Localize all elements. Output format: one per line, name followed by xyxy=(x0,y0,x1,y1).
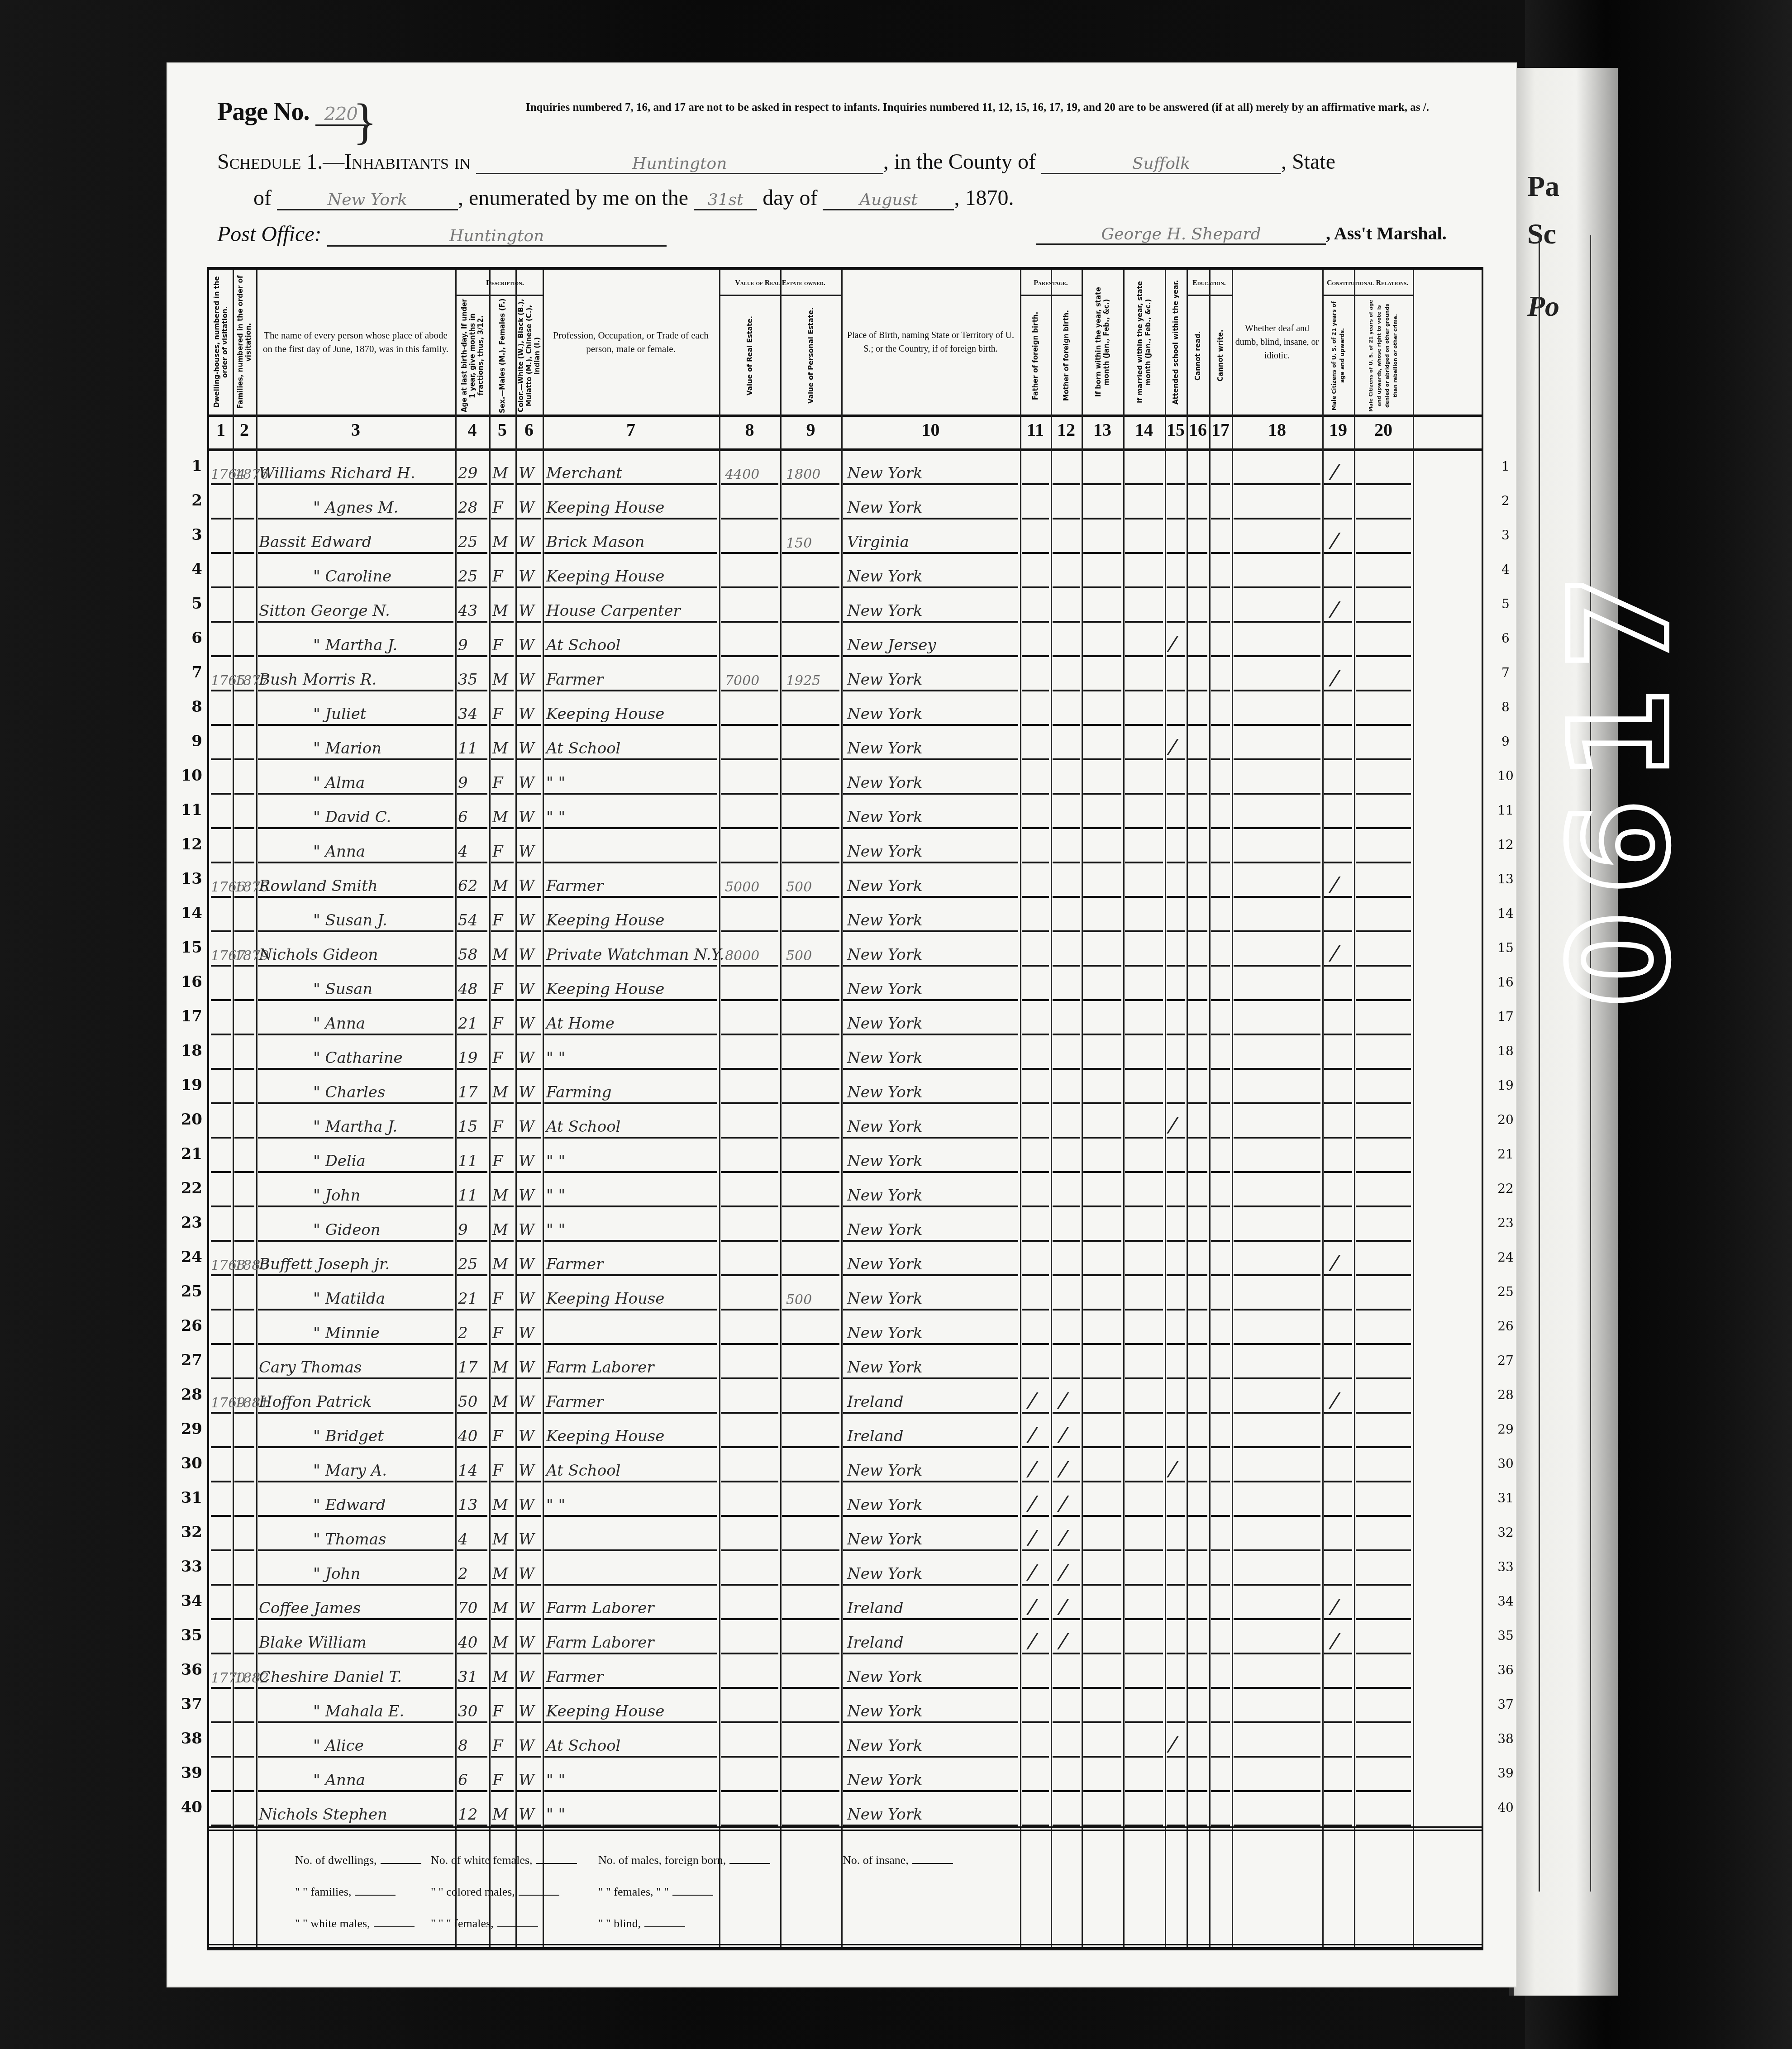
county-label: , in the County of xyxy=(883,150,1036,174)
cell-occupation: Keeping House xyxy=(546,705,664,723)
table-row: 7717651877Bush Morris R.35MWFarmer700019… xyxy=(209,657,1482,691)
line-number-left: 21 xyxy=(175,1145,202,1163)
cell-birthplace: Virginia xyxy=(847,533,909,551)
cell-color: W xyxy=(519,1496,534,1514)
column-number: 16 xyxy=(1187,419,1209,446)
cell-name: " Juliet xyxy=(313,705,367,723)
cell-occupation: " " xyxy=(546,1221,565,1239)
affirmative-mark-citizen: / xyxy=(1328,873,1342,896)
line-number-right: 13 xyxy=(1490,872,1521,886)
line-number-left: 40 xyxy=(175,1798,202,1816)
cell-age: 6 xyxy=(458,808,468,826)
cell-age: 2 xyxy=(458,1565,468,1583)
cell-birthplace: New York xyxy=(847,1015,923,1033)
cell-occupation: Farmer xyxy=(546,1668,603,1686)
column-number: 6 xyxy=(515,419,543,446)
affirmative-mark-mother-foreign: / xyxy=(1056,1526,1070,1549)
table-row: 33Bassit Edward25MWBrick Mason150Virgini… xyxy=(209,519,1482,554)
schedule-line: Schedule 1.—Inhabitants in Huntington, i… xyxy=(217,149,1335,174)
line-number-right: 24 xyxy=(1490,1250,1521,1265)
line-number-right: 11 xyxy=(1490,803,1521,818)
table-row: 44" Caroline25FWKeeping HouseNew York xyxy=(209,554,1482,588)
cell-occupation: Merchant xyxy=(546,464,622,482)
line-number-left: 5 xyxy=(175,595,202,613)
cell-sex: F xyxy=(492,843,503,861)
col-head-birthplace: Place of Birth, naming State or Territor… xyxy=(841,274,1020,410)
line-number-right: 22 xyxy=(1490,1181,1521,1196)
cell-age: 15 xyxy=(458,1118,477,1136)
cell-age: 11 xyxy=(458,1187,477,1205)
cell-color: W xyxy=(519,808,534,826)
table-row: 3535Blake William40MWFarm LaborerIreland… xyxy=(209,1620,1482,1654)
cell-color: W xyxy=(519,1634,534,1652)
cell-name: " Bridget xyxy=(313,1427,384,1445)
cell-birthplace: New York xyxy=(847,1530,923,1549)
cell-name: " Agnes M. xyxy=(313,499,399,517)
table-row: 1212" Anna4FWNew York xyxy=(209,829,1482,863)
affirmative-mark-father-foreign: / xyxy=(1025,1561,1039,1584)
frame-number-stamp: 0617 xyxy=(1552,557,1688,1007)
table-row: 1111" David C.6MW" "New York xyxy=(209,795,1482,829)
cell-occupation: Keeping House xyxy=(546,911,664,929)
cell-occupation: At School xyxy=(546,1737,620,1755)
col-head-male-citizens: Male Citizens of U. S. of 21 years of ag… xyxy=(1322,297,1354,415)
affirmative-mark-father-foreign: / xyxy=(1025,1389,1039,1412)
cell-occupation: Farmer xyxy=(546,1255,603,1273)
cell-age: 9 xyxy=(458,1221,468,1239)
table-row: 3232" Thomas4MWNew York// xyxy=(209,1517,1482,1551)
cell-sex: M xyxy=(492,1806,508,1824)
cell-color: W xyxy=(519,1255,534,1273)
cell-name: " Caroline xyxy=(313,567,391,586)
cell-sex: M xyxy=(492,1530,508,1549)
marshal-label: , Ass't Marshal. xyxy=(1326,223,1447,243)
table-row: 1717" Anna21FWAt HomeNew York xyxy=(209,1001,1482,1035)
enumerated-label: , enumerated by me on the xyxy=(458,186,688,210)
line-number-left: 19 xyxy=(175,1076,202,1094)
line-number-left: 29 xyxy=(175,1420,202,1438)
cell-name: Coffee James xyxy=(259,1599,361,1617)
cell-name: " Delia xyxy=(313,1152,366,1170)
cell-birthplace: New York xyxy=(847,567,923,586)
cell-name: " Thomas xyxy=(313,1530,386,1549)
cell-color: W xyxy=(519,1530,534,1549)
group-head-constitutional: Constitutional Relations. xyxy=(1322,279,1413,288)
cell-sex: F xyxy=(492,774,503,792)
table-row: 1010" Alma9FW" "New York xyxy=(209,760,1482,795)
cell-birthplace: New York xyxy=(847,602,923,620)
summary-block: No. of dwellings, " " families, " " whit… xyxy=(209,1835,1482,1949)
cell-age: 12 xyxy=(458,1806,477,1824)
line-number-right: 30 xyxy=(1490,1456,1521,1471)
cell-sex: F xyxy=(492,705,503,723)
cell-birthplace: New York xyxy=(847,1668,923,1686)
affirmative-mark-father-foreign: / xyxy=(1025,1630,1039,1653)
cell-birthplace: Ireland xyxy=(847,1634,904,1652)
cell-age: 35 xyxy=(458,671,477,689)
affirmative-mark-mother-foreign: / xyxy=(1056,1423,1070,1446)
line-number-right: 26 xyxy=(1490,1319,1521,1334)
cell-birthplace: New York xyxy=(847,1324,923,1342)
cell-sex: F xyxy=(492,1324,503,1342)
cell-birthplace: New York xyxy=(847,1358,923,1377)
cell-sex: F xyxy=(492,1702,503,1720)
col-head-mother-foreign: Mother of foreign birth. xyxy=(1051,297,1082,415)
affirmative-mark-mother-foreign: / xyxy=(1056,1595,1070,1618)
summary-colored-males: " " colored males, xyxy=(431,1885,559,1899)
cell-color: W xyxy=(519,1806,534,1824)
cell-sex: M xyxy=(492,1358,508,1377)
cell-color: W xyxy=(519,739,534,758)
cell-occupation: House Carpenter xyxy=(546,602,681,620)
cell-age: 28 xyxy=(458,499,477,517)
table-row: 131317661878Rowland Smith62MWFarmer50005… xyxy=(209,863,1482,898)
cell-sex: M xyxy=(492,1668,508,1686)
cell-birthplace: Ireland xyxy=(847,1599,904,1617)
cell-color: W xyxy=(519,1152,534,1170)
cell-occupation: Farming xyxy=(546,1083,612,1101)
cell-age: 9 xyxy=(458,636,468,654)
brace-glyph: } xyxy=(353,93,377,150)
line-number-right: 20 xyxy=(1490,1112,1521,1127)
line-number-right: 17 xyxy=(1490,1009,1521,1024)
cell-color: W xyxy=(519,1358,534,1377)
line-number-left: 27 xyxy=(175,1351,202,1369)
cell-color: W xyxy=(519,1324,534,1342)
cell-sex: M xyxy=(492,1255,508,1273)
line-number-right: 9 xyxy=(1490,734,1521,749)
cell-name: " Charles xyxy=(313,1083,385,1101)
line-number-right: 28 xyxy=(1490,1387,1521,1402)
cell-sex: M xyxy=(492,1565,508,1583)
cell-sex: F xyxy=(492,980,503,998)
table-row: 66" Martha J.9FWAt SchoolNew Jersey/ xyxy=(209,623,1482,657)
line-number-right: 40 xyxy=(1490,1800,1521,1815)
cell-sex: F xyxy=(492,1427,503,1445)
table-row: 363617701882Cheshire Daniel T.31MWFarmer… xyxy=(209,1654,1482,1689)
county-field: Suffolk xyxy=(1041,154,1281,174)
instructions-text: Inquiries numbered 7, 16, and 17 are not… xyxy=(462,100,1493,116)
cell-personal-estate: 500 xyxy=(786,948,812,964)
line-number-right: 27 xyxy=(1490,1353,1521,1368)
line-number-left: 26 xyxy=(175,1317,202,1335)
cell-occupation: Keeping House xyxy=(546,567,664,586)
cell-occupation: At School xyxy=(546,1118,620,1136)
table-row: 151517671879Nichols Gideon58MWPrivate Wa… xyxy=(209,932,1482,967)
line-number-left: 17 xyxy=(175,1007,202,1025)
column-number: 12 xyxy=(1051,419,1082,446)
cell-name: " Anna xyxy=(313,1771,365,1789)
affirmative-mark-citizen: / xyxy=(1328,598,1342,621)
cell-color: W xyxy=(519,671,534,689)
cell-age: 34 xyxy=(458,705,477,723)
line-number-left: 20 xyxy=(175,1110,202,1129)
col-head-cannot-read: Cannot read. xyxy=(1187,297,1209,415)
table-row: 3838" Alice8FWAt SchoolNew York/ xyxy=(209,1723,1482,1758)
of-label: of xyxy=(253,186,272,210)
line-number-right: 6 xyxy=(1490,631,1521,646)
adjacent-page-strip: Pa Sc Po xyxy=(1509,68,1618,1996)
col-head-born-within-year: If born within the year, state month (Ja… xyxy=(1082,274,1123,410)
col-head-occupation: Profession, Occupation, or Trade of each… xyxy=(543,274,719,410)
cell-age: 54 xyxy=(458,911,477,929)
col-head-sex: Sex.—Males (M.), Females (F.) xyxy=(489,297,515,415)
cell-birthplace: New York xyxy=(847,739,923,758)
col-head-dwelling: Dwelling-houses, numbered in the order o… xyxy=(209,274,233,410)
cell-name: Williams Richard H. xyxy=(259,464,415,482)
cell-birthplace: Ireland xyxy=(847,1427,904,1445)
cell-name: Cary Thomas xyxy=(259,1358,362,1377)
cell-color: W xyxy=(519,1462,534,1480)
affirmative-mark-father-foreign: / xyxy=(1025,1458,1039,1481)
line-number-right: 39 xyxy=(1490,1766,1521,1781)
cell-birthplace: New York xyxy=(847,1255,923,1273)
cell-age: 31 xyxy=(458,1668,477,1686)
table-row: 2222" John11MW" "New York xyxy=(209,1173,1482,1207)
column-number: 17 xyxy=(1209,419,1232,446)
line-number-left: 28 xyxy=(175,1386,202,1404)
table-row: 88" Juliet34FWKeeping HouseNew York xyxy=(209,691,1482,726)
cell-sex: M xyxy=(492,602,508,620)
cell-name: " Marion xyxy=(313,739,381,758)
line-number-right: 38 xyxy=(1490,1731,1521,1746)
cell-occupation: Keeping House xyxy=(546,1290,664,1308)
cell-sex: F xyxy=(492,1152,503,1170)
census-table: Dwelling-houses, numbered in the order o… xyxy=(207,267,1483,1950)
cell-name: " Martha J. xyxy=(313,1118,397,1136)
cell-occupation: " " xyxy=(546,1496,565,1514)
cell-color: W xyxy=(519,1427,534,1445)
summary-males-foreign: No. of males, foreign born, xyxy=(598,1854,770,1867)
cell-name: " Martha J. xyxy=(313,636,397,654)
col-head-real-estate: Value of Real Estate. xyxy=(719,297,780,415)
affirmative-mark-citizen: / xyxy=(1328,460,1342,483)
cell-birthplace: New York xyxy=(847,1806,923,1824)
cell-name: Nichols Gideon xyxy=(259,946,378,964)
line-number-right: 33 xyxy=(1490,1559,1521,1574)
summary-dwellings: No. of dwellings, xyxy=(295,1854,421,1867)
summary-insane: No. of insane, xyxy=(843,1854,953,1867)
cell-occupation: " " xyxy=(546,1187,565,1205)
cell-sex: M xyxy=(492,1634,508,1652)
cell-color: W xyxy=(519,843,534,861)
table-row: 2727Cary Thomas17MWFarm LaborerNew York xyxy=(209,1345,1482,1379)
column-number: 14 xyxy=(1123,419,1165,446)
line-number-right: 18 xyxy=(1490,1044,1521,1058)
line-number-left: 12 xyxy=(175,835,202,853)
cell-age: 40 xyxy=(458,1427,477,1445)
line-number-left: 24 xyxy=(175,1248,202,1266)
line-number-right: 4 xyxy=(1490,562,1521,577)
cell-age: 25 xyxy=(458,533,477,551)
cell-age: 62 xyxy=(458,877,477,895)
cell-birthplace: New York xyxy=(847,980,923,998)
cell-sex: F xyxy=(492,1118,503,1136)
cell-age: 4 xyxy=(458,1530,468,1549)
line-number-right: 5 xyxy=(1490,596,1521,611)
cell-sex: M xyxy=(492,671,508,689)
summary-families: " " families, xyxy=(295,1885,396,1899)
cell-color: W xyxy=(519,877,534,895)
summary-white-females: No. of white females, xyxy=(431,1854,577,1867)
cell-personal-estate: 1925 xyxy=(786,673,820,689)
table-row: 55Sitton George N.43MWHouse CarpenterNew… xyxy=(209,588,1482,623)
cell-occupation: Farmer xyxy=(546,1393,603,1411)
cell-sex: F xyxy=(492,1015,503,1033)
table-row: 2525" Matilda21FWKeeping House500New Yor… xyxy=(209,1276,1482,1310)
line-number-left: 16 xyxy=(175,973,202,991)
cell-age: 8 xyxy=(458,1737,468,1755)
column-number: 5 xyxy=(489,419,515,446)
cell-color: W xyxy=(519,1049,534,1067)
cell-age: 48 xyxy=(458,980,477,998)
line-number-right: 10 xyxy=(1490,768,1521,783)
cell-name: Hoffon Patrick xyxy=(259,1393,372,1411)
marshal-signature: George H. Shepard xyxy=(1036,225,1326,245)
cell-name: " Alice xyxy=(313,1737,364,1755)
cell-occupation: Farm Laborer xyxy=(546,1634,654,1652)
line-number-right: 8 xyxy=(1490,700,1521,715)
cell-color: W xyxy=(519,1702,534,1720)
cell-age: 13 xyxy=(458,1496,477,1514)
month-field: August xyxy=(823,191,954,210)
cell-birthplace: New York xyxy=(847,843,923,861)
cell-color: W xyxy=(519,1187,534,1205)
cell-name: Sitton George N. xyxy=(259,602,390,620)
cell-sex: F xyxy=(492,1049,503,1067)
line-number-right: 12 xyxy=(1490,837,1521,852)
table-row: 99" Marion11MWAt SchoolNew York/ xyxy=(209,726,1482,760)
line-number-right: 19 xyxy=(1490,1078,1521,1093)
cell-birthplace: New York xyxy=(847,671,923,689)
cell-birthplace: New York xyxy=(847,1702,923,1720)
affirmative-mark-citizen: / xyxy=(1328,529,1342,552)
cell-age: 9 xyxy=(458,774,468,792)
line-number-left: 7 xyxy=(175,663,202,681)
cell-color: W xyxy=(519,1393,534,1411)
line-number-left: 15 xyxy=(175,939,202,957)
cell-occupation: Farmer xyxy=(546,877,603,895)
cell-age: 70 xyxy=(458,1599,477,1617)
cell-personal-estate: 150 xyxy=(786,535,812,551)
cell-name: " David C. xyxy=(313,808,391,826)
cell-birthplace: New York xyxy=(847,808,923,826)
line-number-left: 3 xyxy=(175,526,202,544)
cell-birthplace: New York xyxy=(847,1049,923,1067)
cell-occupation: Farm Laborer xyxy=(546,1358,654,1377)
table-row: 1616" Susan48FWKeeping HouseNew York xyxy=(209,967,1482,1001)
line-number-left: 11 xyxy=(175,801,202,819)
column-number: 4 xyxy=(455,419,489,446)
cell-real-estate: 5000 xyxy=(725,879,759,895)
cell-sex: M xyxy=(492,464,508,482)
cell-occupation: Farm Laborer xyxy=(546,1599,654,1617)
cell-sex: M xyxy=(492,1083,508,1101)
cell-age: 17 xyxy=(458,1358,477,1377)
column-number: 18 xyxy=(1232,419,1322,446)
cell-name: " Catharine xyxy=(313,1049,403,1067)
line-number-left: 25 xyxy=(175,1282,202,1301)
page-no-label: Page No. xyxy=(217,98,310,126)
line-number-left: 22 xyxy=(175,1179,202,1197)
cell-color: W xyxy=(519,1221,534,1239)
line-number-right: 35 xyxy=(1490,1628,1521,1643)
cell-age: 14 xyxy=(458,1462,477,1480)
cell-sex: M xyxy=(492,1221,508,1239)
line-number-right: 32 xyxy=(1490,1525,1521,1540)
marshal-signature-line: George H. Shepard, Ass't Marshal. xyxy=(1036,223,1447,245)
cell-birthplace: New York xyxy=(847,911,923,929)
cell-color: W xyxy=(519,705,534,723)
line-number-left: 36 xyxy=(175,1661,202,1679)
cell-color: W xyxy=(519,1290,534,1308)
cell-occupation: " " xyxy=(546,1771,565,1789)
cell-color: W xyxy=(519,1083,534,1101)
cell-birthplace: New York xyxy=(847,1737,923,1755)
cell-occupation: Private Watchman N.Y. xyxy=(546,946,724,964)
line-number-left: 39 xyxy=(175,1764,202,1782)
col-head-school: Attended school within the year. xyxy=(1165,274,1187,410)
affirmative-mark-mother-foreign: / xyxy=(1056,1561,1070,1584)
affirmative-mark-school: / xyxy=(1166,735,1180,758)
cell-color: W xyxy=(519,980,534,998)
col-head-father-foreign: Father of foreign birth. xyxy=(1020,297,1051,415)
table-row: 282817691881Hoffon Patrick50MWFarmerIrel… xyxy=(209,1379,1482,1414)
line-number-left: 35 xyxy=(175,1626,202,1644)
cell-sex: M xyxy=(492,877,508,895)
line-number-right: 34 xyxy=(1490,1594,1521,1609)
affirmative-mark-father-foreign: / xyxy=(1025,1423,1039,1446)
cell-color: W xyxy=(519,1599,534,1617)
post-office-line: Post Office: Huntington xyxy=(217,222,667,247)
table-row: 242417681880Buffett Joseph jr.25MWFarmer… xyxy=(209,1242,1482,1276)
column-number: 20 xyxy=(1354,419,1413,446)
table-row: 3333" John2MWNew York// xyxy=(209,1551,1482,1586)
cell-sex: F xyxy=(492,636,503,654)
summary-blind: " " blind, xyxy=(598,1917,685,1930)
summary-colored-females: " " " females, xyxy=(431,1917,538,1930)
line-number-right: 29 xyxy=(1490,1422,1521,1437)
affirmative-mark-citizen: / xyxy=(1328,1389,1342,1412)
col-head-denied-vote: Male Citizens of U. S. of 21 years of ag… xyxy=(1354,297,1413,415)
line-number-left: 32 xyxy=(175,1523,202,1541)
table-row: 3030" Mary A.14FWAt SchoolNew York/// xyxy=(209,1448,1482,1482)
cell-color: W xyxy=(519,1771,534,1789)
affirmative-mark-mother-foreign: / xyxy=(1056,1492,1070,1515)
line-number-left: 30 xyxy=(175,1454,202,1472)
cell-age: 58 xyxy=(458,946,477,964)
col-head-married-within-year: If married within the year, state month … xyxy=(1123,274,1165,410)
cell-age: 19 xyxy=(458,1049,477,1067)
cell-occupation: Farmer xyxy=(546,671,603,689)
column-number: 9 xyxy=(780,419,841,446)
line-number-right: 14 xyxy=(1490,906,1521,921)
affirmative-mark-citizen: / xyxy=(1328,1595,1342,1618)
table-row: 2323" Gideon9MW" "New York xyxy=(209,1207,1482,1242)
township-field: Huntington xyxy=(476,154,883,174)
cell-birthplace: New York xyxy=(847,1221,923,1239)
affirmative-mark-school: / xyxy=(1166,1458,1180,1481)
table-row: 3737" Mahala E.30FWKeeping HouseNew York xyxy=(209,1689,1482,1723)
cell-name: " Mary A. xyxy=(313,1462,387,1480)
cell-color: W xyxy=(519,774,534,792)
table-row: 1117641876Williams Richard H.29MWMerchan… xyxy=(209,451,1482,485)
table-row: 1818" Catharine19FW" "New York xyxy=(209,1035,1482,1070)
line-number-left: 4 xyxy=(175,560,202,578)
cell-occupation: Keeping House xyxy=(546,499,664,517)
line-number-right: 16 xyxy=(1490,975,1521,990)
cell-age: 25 xyxy=(458,567,477,586)
